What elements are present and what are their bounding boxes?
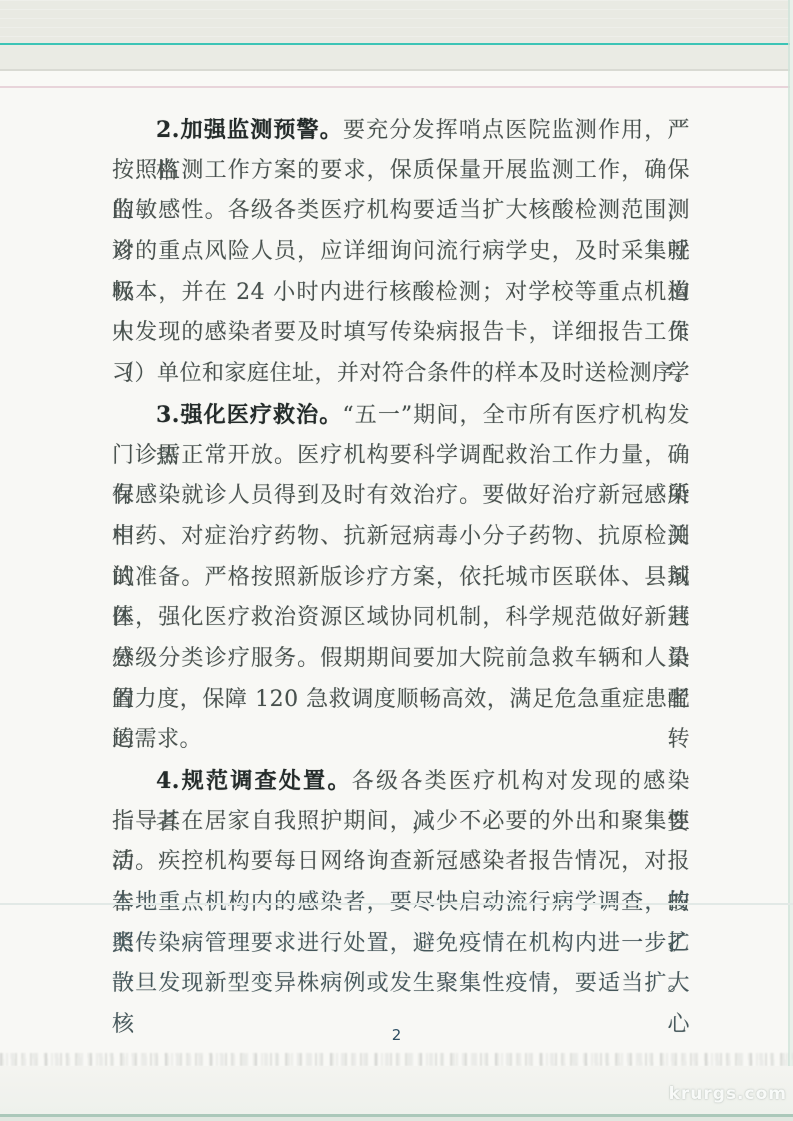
- text-line: 诊的重点风险人员，应详细询问流行病学史，及时采集呼吸道: [112, 232, 690, 273]
- text-line: 3.强化医疗救治。“五一”期间，全市所有医疗机构发热: [112, 395, 690, 436]
- text-line: 按照监测工作方案的要求，保质保量开展监测工作，确保监测: [112, 151, 690, 192]
- text-line: 中药、对症治疗药物、抗新冠病毒小分子药物、抗原检测试剂: [112, 517, 690, 558]
- scan-white-band: [0, 71, 793, 86]
- text-line: 一旦发现新型变异株病例或发生聚集性疫情，要适当扩大核心: [112, 964, 690, 1005]
- text-line: 的敏感性。各级各类医疗机构要适当扩大核酸检测范围，对就: [112, 191, 690, 232]
- scan-faint-rule: [0, 903, 793, 905]
- page-number: 2: [0, 1026, 793, 1044]
- scan-pink-rule: [0, 86, 793, 88]
- scanned-document-page: 2.加强监测预警。要充分发挥哨点医院监测作用，严格按照监测工作方案的要求，保质保…: [0, 0, 793, 1121]
- scan-mid-band: [0, 45, 793, 69]
- text-line: 的准备。严格按照新版诊疗方案，依托城市医联体、县域医共: [112, 558, 690, 599]
- text-line: 动。疾控机构要每日网络询查新冠感染者报告情况，对报告的: [112, 842, 690, 883]
- watermark: krurgs.com: [669, 1084, 787, 1104]
- text-line: 4.规范调查处置。各级各类医疗机构对发现的感染者，要: [112, 761, 690, 802]
- text-line: 指导其在居家自我照护期间，减少不必要的外出和聚集性活: [112, 802, 690, 843]
- scan-top-band: [0, 0, 793, 44]
- text-line: 分级分类诊疗服务。假期期间要加大院前急救车辆和人员的配: [112, 639, 690, 680]
- text-line: 体，强化医疗救治资源区域协同机制，科学规范做好新冠感染: [112, 598, 690, 639]
- paragraph-heading: 2.加强监测预警。: [156, 117, 343, 143]
- scan-bottom-edge: [0, 1117, 793, 1121]
- text-line: 类传染病管理要求进行处置，避免疫情在机构内进一步扩散。: [112, 924, 690, 965]
- text-line: 中发现的感染者要及时填写传染病报告卡，详细报告工作（学: [112, 313, 690, 354]
- scan-noise-band: [0, 1053, 793, 1066]
- text-line: 习）单位和家庭住址，并对符合条件的样本及时送检测序。: [112, 354, 690, 395]
- text-line: 标本，并在 24 小时内进行核酸检测；对学校等重点机构人员: [112, 273, 690, 314]
- text-line: 有感染就诊人员得到及时有效治疗。要做好治疗新冠感染相关: [112, 476, 690, 517]
- text-line: 门诊需正常开放。医疗机构要科学调配救治工作力量，确保所: [112, 436, 690, 477]
- text-line: 置力度，保障 120 急救调度顺畅高效，满足危急重症患者的转: [112, 680, 690, 721]
- paragraph-heading: 4.规范调查处置。: [156, 768, 352, 794]
- scan-right-edge-line: [788, 0, 790, 1121]
- text-block: 2.加强监测预警。要充分发挥哨点医院监测作用，严格按照监测工作方案的要求，保质保…: [112, 110, 690, 1005]
- text-line: 2.加强监测预警。要充分发挥哨点医院监测作用，严格: [112, 110, 690, 151]
- paragraph-heading: 3.强化医疗救治。: [156, 402, 342, 428]
